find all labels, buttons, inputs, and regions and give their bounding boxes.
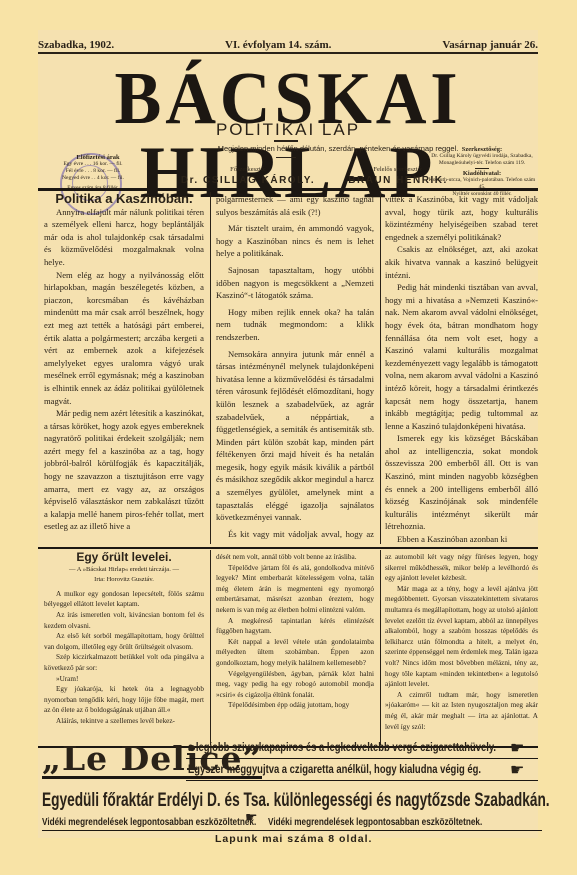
paragraph: polgármesternek — ami egy kaszinó tagnál… xyxy=(216,193,374,218)
column-rule xyxy=(210,550,211,745)
newspaper-page: Szabadka, 1902. VI. évfolyam 14. szám. V… xyxy=(38,30,538,838)
pointing-hand-icon: ☛ xyxy=(510,760,524,780)
paragraph: Ismerek egy kis községet Bácskában ahol … xyxy=(385,432,538,533)
article2-byline: Irta: Horovitz Gusztáv. xyxy=(44,575,204,586)
chief-editor-role: Főszerkesztő: xyxy=(178,166,318,173)
paragraph: Csakis az elnökséget, azt, aki azokat ak… xyxy=(385,243,538,281)
office-title: Szerkesztőség: xyxy=(426,146,538,153)
article1-column-3: vitték a Kaszinóba, kit vagy mit vádolja… xyxy=(385,193,538,543)
office-text: Dr. Csillag Károly ügyvédi irodája, Szab… xyxy=(426,153,538,167)
article2-kicker: — A »Bácskai Hirlap« eredeti tárczája. — xyxy=(44,565,204,576)
ad-line-4b: Vidéki megrendelések legpontosabban eszk… xyxy=(268,816,482,828)
chief-editor: Főszerkesztő: Dr. CSILLAG KÁROLY. xyxy=(178,166,318,186)
section-rule xyxy=(38,547,538,549)
paragraph: És kit vagy mit vádoljak avval, hogy az … xyxy=(216,528,374,543)
ad-line-2: Egyszer meggyujtva a czigaretta anélkül,… xyxy=(188,764,481,776)
chief-editor-name: Dr. CSILLAG KÁROLY. xyxy=(178,175,318,186)
column-rule xyxy=(380,550,381,745)
article1-headline: Politika a Kaszinóban. xyxy=(44,193,204,206)
paragraph: Végelgyengülésben, ágyban, párnák közt h… xyxy=(216,669,374,701)
paragraph: Pedig hát mindenki tisztában van avval, … xyxy=(385,281,538,432)
pointing-hand-icon: ☛ xyxy=(510,738,524,758)
ornament-rule xyxy=(276,157,296,158)
paragraph: Az első két sorból megállapítottam, hogy… xyxy=(44,631,204,652)
page-count-footer: Lapunk mai száma 8 oldal. xyxy=(215,833,372,845)
paragraph: Annyira elfajult már nálunk politikai té… xyxy=(44,206,204,269)
subscription-title: Előfizetési árak xyxy=(48,154,148,161)
paragraph: Hogy miben rejlik ennek oka? ha talán ne… xyxy=(216,306,374,344)
admin-title: Kiadóhivatal: xyxy=(426,170,538,177)
masthead-rule xyxy=(38,188,538,191)
paragraph: Tépelődésimben épp odáig jutottam, hogy xyxy=(216,700,374,711)
paragraph: vitték a Kaszinóba, kit vagy mit vádolja… xyxy=(385,193,538,243)
paragraph: Aláírás, tekintve a szellemes levél beke… xyxy=(44,716,204,727)
paragraph: dését nem volt, annál több volt benne az… xyxy=(216,552,374,563)
ad-line-3: Egyedüli főraktár Erdélyi D. és Tsa. kül… xyxy=(42,790,550,812)
article1-column-1: Politika a Kaszinóban. Annyira elfajult … xyxy=(44,193,204,543)
paragraph: Szép kiczirkalmazott betükkel volt oda p… xyxy=(44,652,204,673)
volume-issue: VI. évfolyam 14. szám. xyxy=(225,39,331,51)
paragraph: az automobil két vagy négy fűréses legye… xyxy=(385,552,538,584)
day-date: Vasárnap január 26. xyxy=(442,39,538,51)
column-rule xyxy=(210,192,211,544)
dateline: Szabadka, 1902. VI. évfolyam 14. szám. V… xyxy=(38,38,538,54)
paragraph: »Uram! xyxy=(44,674,204,685)
paragraph: Már pedig nem azért létesítik a kaszinók… xyxy=(44,407,204,533)
ad-line-1: a legjobb szivarkapapiros és a legkedvel… xyxy=(188,742,496,754)
article2-column-3: az automobil két vagy négy fűréses legye… xyxy=(385,552,538,742)
paragraph: A megkéreső tapintatlan kérés elintézésé… xyxy=(216,616,374,637)
pointing-hand-icon: ☛ xyxy=(245,810,258,827)
article1-column-2: polgármesternek — ami egy kaszinó tagnál… xyxy=(216,193,374,543)
article2-column-2: dését nem volt, annál több volt benne az… xyxy=(216,552,374,742)
paragraph: Tépelődve jártam föl és alá, gondolkodva… xyxy=(216,563,374,616)
paragraph: Nem elég az hogy a nyilvánosság előtt hi… xyxy=(44,269,204,408)
paragraph: Ebben a Kaszinóban azonban ki xyxy=(385,533,538,543)
paragraph: A czimről tudtam már, hogy ismeretlen »j… xyxy=(385,690,538,732)
paragraph: Sajnosan tapasztaltam, hogy utóbbi időbe… xyxy=(216,264,374,302)
subscription-box: Előfizetési árak Egy évre . . . 16 kor. … xyxy=(38,154,148,192)
price-line: Fél évre . . . 8 kor. — fil. xyxy=(38,168,148,175)
ornament-rule xyxy=(274,140,298,142)
price-line: Negyed évre . . 4 kor. — fil. xyxy=(38,175,148,182)
price-line: Egy évre . . . 16 kor. — fil. xyxy=(38,161,148,168)
ad-line-4a: Vidéki megrendelések legpontosabban eszk… xyxy=(42,816,256,828)
paragraph: Már tisztelt uraim, én ammondó vagyok, h… xyxy=(216,222,374,260)
article2-column-1: Egy őrült levelei. — A »Bácskai Hirlap« … xyxy=(44,552,204,742)
paragraph: Már maga az a tény, hogy a levél ajánlva… xyxy=(385,584,538,690)
article2-headline: Egy őrült levelei. xyxy=(44,552,204,563)
paragraph: Az írás ismeretlen volt, kiváncsian bont… xyxy=(44,610,204,631)
column-rule xyxy=(380,192,381,544)
paragraph: Nemsokára annyira jutunk már ennél a tár… xyxy=(216,348,374,524)
paragraph: A mulkor egy gondosan lepecsételt, fölös… xyxy=(44,589,204,610)
paragraph: Két nappal a levél vétele után gondolata… xyxy=(216,637,374,669)
place-year: Szabadka, 1902. xyxy=(38,39,114,51)
paragraph: Egy jóakarója, ki hetek óta a legnagyobb… xyxy=(44,684,204,716)
masthead-subtitle: POLITIKAI LAP xyxy=(38,120,538,140)
